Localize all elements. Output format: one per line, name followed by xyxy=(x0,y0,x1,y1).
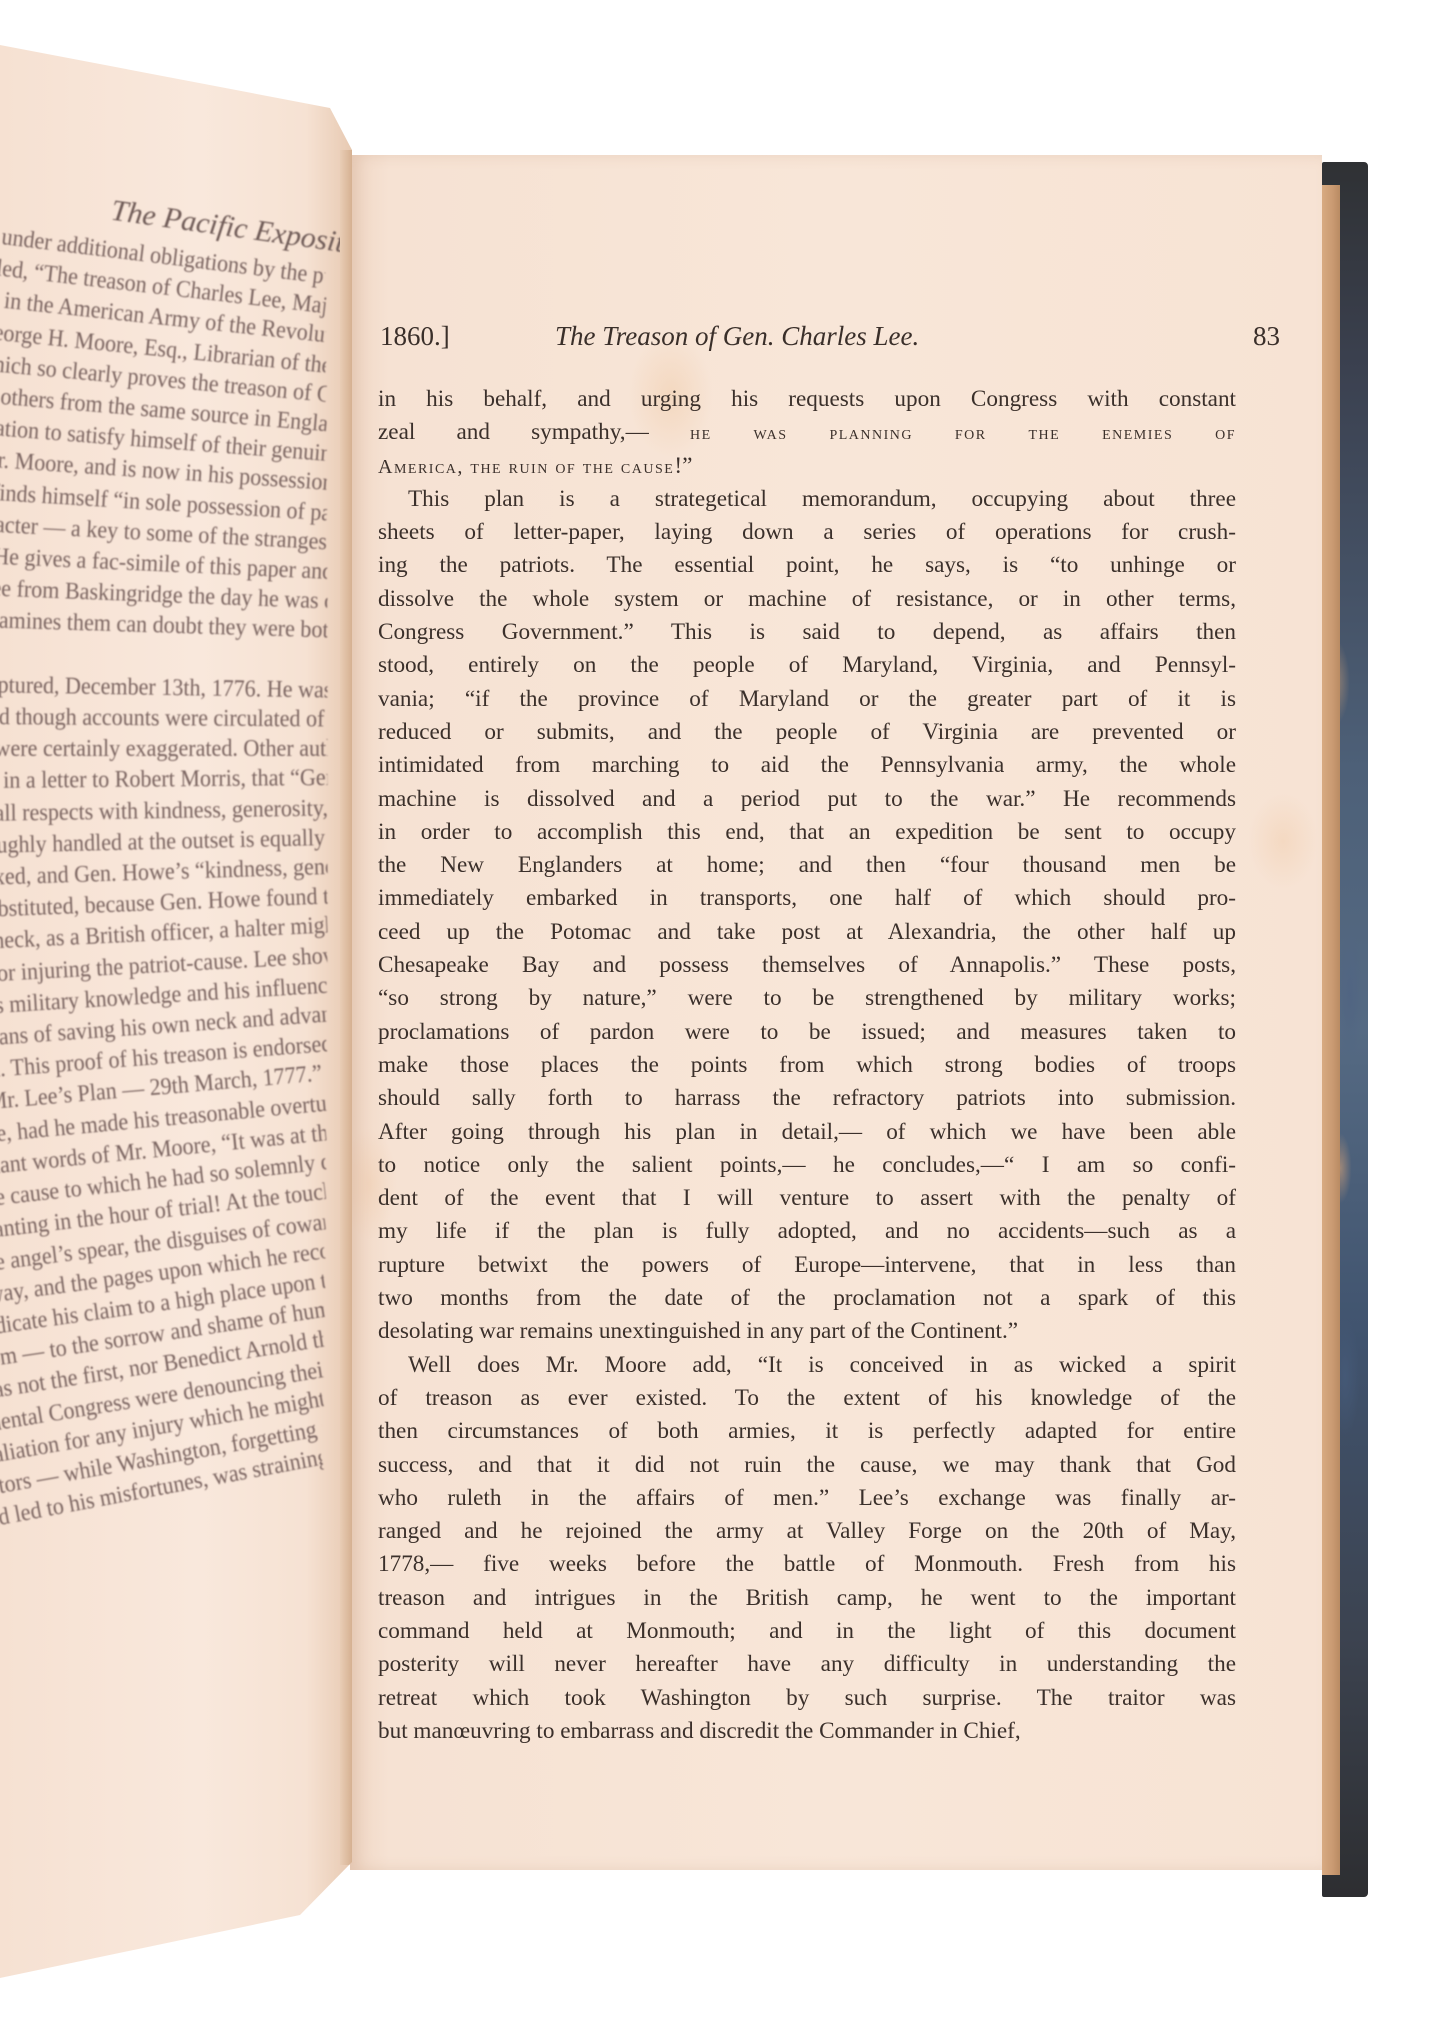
text-line: rupture betwixt the powers of Europe—int… xyxy=(378,1249,1236,1282)
text-line: “so strong by nature,” were to be streng… xyxy=(378,982,1236,1015)
text-line: America, the ruin of the cause!” xyxy=(378,450,1236,483)
text-line: success, and that it did not ruin the ca… xyxy=(378,1449,1236,1482)
text-line: y were certainly exaggerated. Other auth… xyxy=(0,733,328,765)
text-line: dent of the event that I will venture to… xyxy=(378,1182,1236,1215)
text-line: Well does Mr. Moore add, “It is conceive… xyxy=(378,1349,1236,1382)
header-title: The Treason of Gen. Charles Lee. xyxy=(555,321,919,352)
text-line: the New Englanders at home; and then “fo… xyxy=(378,849,1236,882)
text-line: retreat which took Washington by such su… xyxy=(378,1682,1236,1715)
text-line: sheets of letter-paper, laying down a se… xyxy=(378,516,1236,549)
text-line: then circumstances of both armies, it is… xyxy=(378,1415,1236,1448)
text-line: After going through his plan in detail,—… xyxy=(378,1116,1236,1149)
text-line: desolating war remains unextinguished in… xyxy=(378,1315,1236,1348)
text-line: should sally forth to harrass the refrac… xyxy=(378,1082,1236,1115)
page-number: 83 xyxy=(1253,321,1280,352)
text-line: This plan is a strategetical memorandum,… xyxy=(378,483,1236,516)
text-line: but manœuvring to embarrass and discredi… xyxy=(378,1715,1236,1748)
running-header: 1860.] The Treason of Gen. Charles Lee. … xyxy=(380,321,1280,361)
text-line: my life if the plan is fully adopted, an… xyxy=(378,1215,1236,1248)
text-line: treason and intrigues in the British cam… xyxy=(378,1582,1236,1615)
text-line: and though accounts were circulated of h… xyxy=(0,701,328,736)
header-year: 1860.] xyxy=(380,321,450,352)
text-line: reduced or submits, and the people of Vi… xyxy=(378,716,1236,749)
page-gutter xyxy=(340,150,354,1865)
page-body-text: in his behalf, and urging his requests u… xyxy=(378,383,1236,1748)
text-line: ceed up the Potomac and take post at Ale… xyxy=(378,916,1236,949)
text-line: posterity will never hereafter have any … xyxy=(378,1648,1236,1681)
text-line: ing the patriots. The essential point, h… xyxy=(378,549,1236,582)
left-page: The Pacific Expositor. ry under addition… xyxy=(0,0,360,2023)
text-line: zeal and sympathy,— he was planning for … xyxy=(378,416,1236,449)
text-line: proclamations of pardon were to be issue… xyxy=(378,1016,1236,1049)
text-line: 1778,— five weeks before the battle of M… xyxy=(378,1548,1236,1581)
text-line: to notice only the salient points,— he c… xyxy=(378,1149,1236,1182)
text-line: command held at Monmouth; and in the lig… xyxy=(378,1615,1236,1648)
text-line: in order to accomplish this end, that an… xyxy=(378,816,1236,849)
book-board-edge xyxy=(1322,185,1340,1875)
left-page-body-text: ry under additional obligations by the p… xyxy=(0,218,358,1538)
text-line: Congress Government.” This is said to de… xyxy=(378,616,1236,649)
text-line: vania; “if the province of Maryland or t… xyxy=(378,683,1236,716)
text-line: stood, entirely on the people of Marylan… xyxy=(378,649,1236,682)
text-line: in his behalf, and urging his requests u… xyxy=(378,383,1236,416)
text-line: ranged and he rejoined the army at Valle… xyxy=(378,1515,1236,1548)
text-line: make those places the points from which … xyxy=(378,1049,1236,1082)
text-line: dissolve the whole system or machine of … xyxy=(378,583,1236,616)
text-line: who ruleth in the affairs of men.” Lee’s… xyxy=(378,1482,1236,1515)
right-page: 1860.] The Treason of Gen. Charles Lee. … xyxy=(350,155,1322,1870)
text-line: of treason as ever existed. To the exten… xyxy=(378,1382,1236,1415)
text-line: immediately embarked in transports, one … xyxy=(378,882,1236,915)
text-line: machine is dissolved and a period put to… xyxy=(378,783,1236,816)
text-line: Chesapeake Bay and possess themselves of… xyxy=(378,949,1236,982)
text-line: intimidated from marching to aid the Pen… xyxy=(378,749,1236,782)
text-line: two months from the date of the proclama… xyxy=(378,1282,1236,1315)
